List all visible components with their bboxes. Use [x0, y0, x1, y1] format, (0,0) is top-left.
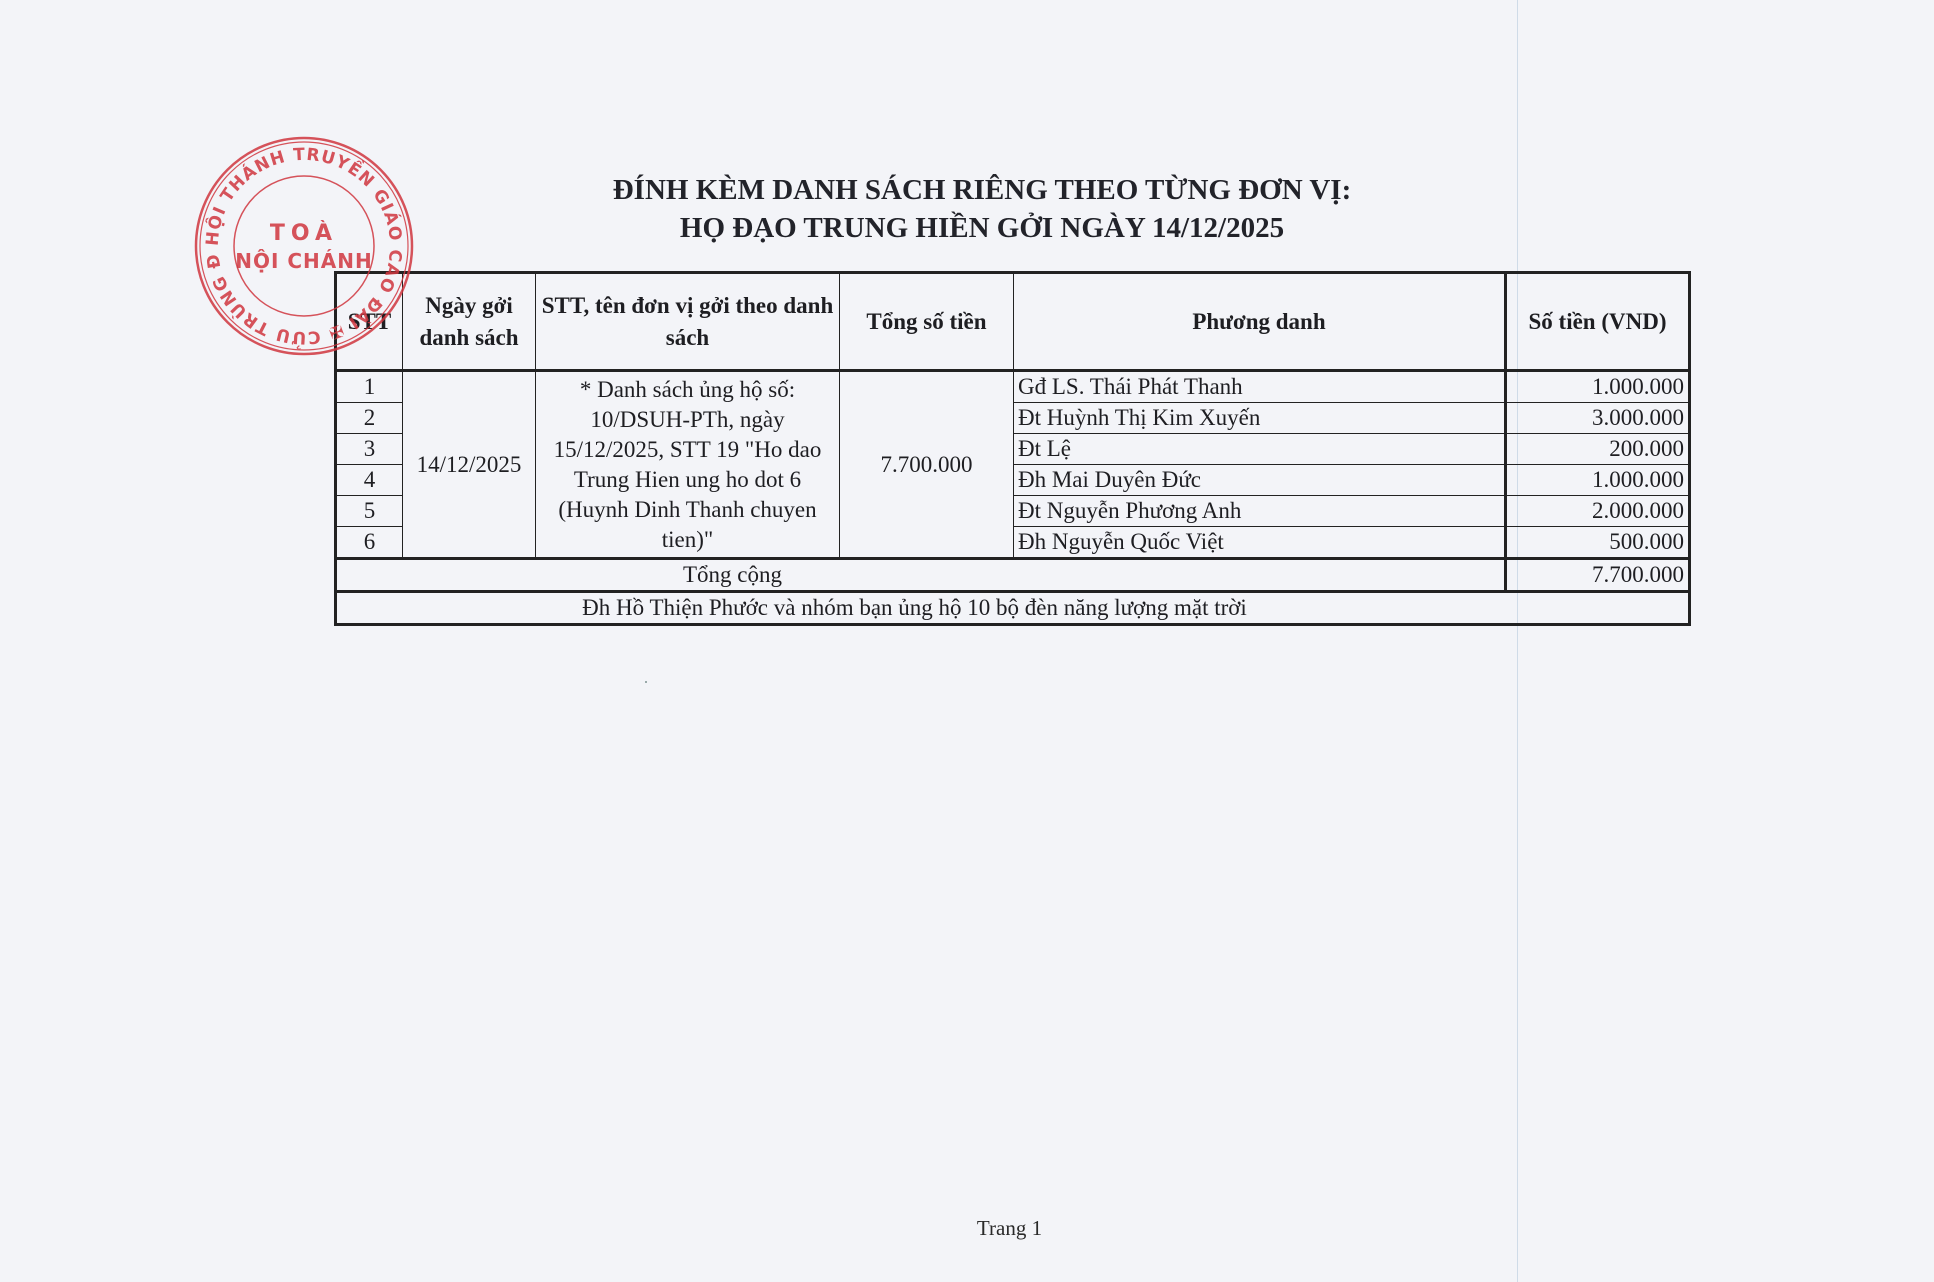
table-header-row: STT Ngày gởi danh sách STT, tên đơn vị g…	[336, 273, 1690, 371]
row-stt: 4	[336, 465, 403, 496]
scan-speck	[645, 681, 647, 683]
donation-amount: 3.000.000	[1506, 403, 1690, 434]
donor-name: Đt Huỳnh Thị Kim Xuyến	[1014, 403, 1506, 434]
footer-note: Đh Hồ Thiện Phước và nhóm bạn ủng hộ 10 …	[336, 592, 1690, 625]
red-seal-stamp-icon: HỘI THÁNH TRUYỀN GIÁO CAO ĐÀI ✠ CỬU TRÙN…	[192, 134, 416, 358]
donor-name: Gđ LS. Thái Phát Thanh	[1014, 371, 1506, 403]
donor-name: Đh Nguyễn Quốc Việt	[1014, 527, 1506, 559]
donation-amount: 1.000.000	[1506, 465, 1690, 496]
row-stt: 3	[336, 434, 403, 465]
row-stt: 6	[336, 527, 403, 559]
header-amount: Số tiền (VND)	[1506, 273, 1690, 371]
send-date-cell: 14/12/2025	[403, 371, 536, 559]
svg-text:TOÀ: TOÀ	[270, 220, 338, 246]
row-stt: 2	[336, 403, 403, 434]
donor-name: Đt Nguyễn Phương Anh	[1014, 496, 1506, 527]
donation-amount: 200.000	[1506, 434, 1690, 465]
total-label: Tổng cộng	[336, 559, 1506, 592]
row-stt: 5	[336, 496, 403, 527]
donor-name: Đt Lệ	[1014, 434, 1506, 465]
svg-text:NỘI CHÁNH: NỘI CHÁNH	[235, 249, 373, 273]
group-total-cell: 7.700.000	[840, 371, 1014, 559]
header-donor: Phương danh	[1014, 273, 1506, 371]
donation-amount: 1.000.000	[1506, 371, 1690, 403]
total-value: 7.700.000	[1506, 559, 1690, 592]
header-total: Tổng số tiền	[840, 273, 1014, 371]
total-row: Tổng cộng7.700.000	[336, 559, 1690, 592]
donation-table: STT Ngày gởi danh sách STT, tên đơn vị g…	[334, 271, 1691, 626]
page-number: Trang 1	[0, 1216, 1934, 1241]
row-stt: 1	[336, 371, 403, 403]
unit-description-cell: * Danh sách ủng hộ số: 10/DSUH-PTh, ngày…	[536, 371, 840, 559]
donation-amount: 2.000.000	[1506, 496, 1690, 527]
table-row: 114/12/2025* Danh sách ủng hộ số: 10/DSU…	[336, 371, 1690, 403]
header-date: Ngày gởi danh sách	[403, 273, 536, 371]
donation-amount: 500.000	[1506, 527, 1690, 559]
header-unit: STT, tên đơn vị gởi theo danh sách	[536, 273, 840, 371]
footer-note-row: Đh Hồ Thiện Phước và nhóm bạn ủng hộ 10 …	[336, 592, 1690, 625]
donor-name: Đh Mai Duyên Đức	[1014, 465, 1506, 496]
